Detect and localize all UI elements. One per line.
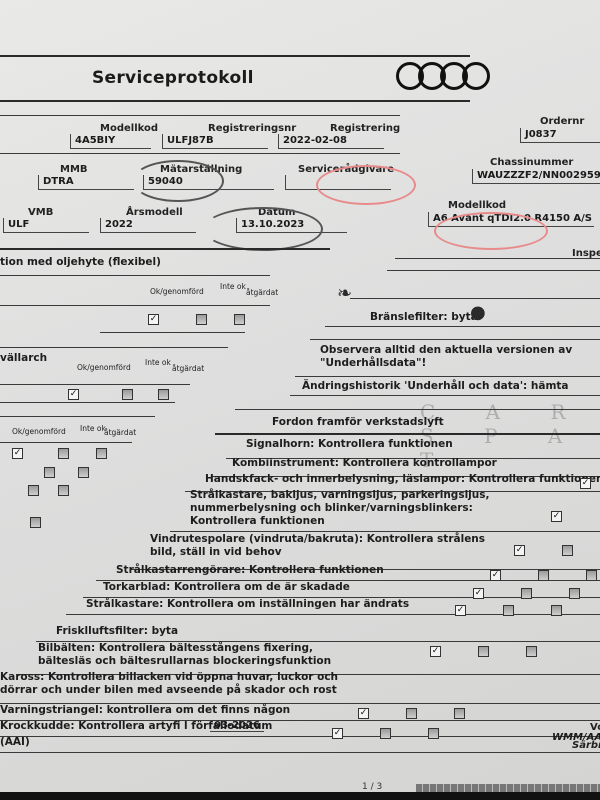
bottom-bar <box>0 792 600 800</box>
checkbox-not-ok[interactable] <box>521 588 532 599</box>
checkbox-action[interactable] <box>428 728 439 739</box>
section-title-2: vällarch <box>0 352 47 364</box>
rule <box>0 736 600 737</box>
col-head-action: åtgärdat <box>172 364 204 373</box>
rule <box>0 402 175 403</box>
checkbox[interactable] <box>58 485 69 496</box>
bottom-edge <box>416 784 600 792</box>
checkbox[interactable] <box>30 517 41 528</box>
ordernr-field[interactable]: J0837 <box>520 128 600 143</box>
checkbox-ok[interactable]: ✓ <box>68 389 79 400</box>
rule <box>387 270 600 271</box>
rule <box>170 531 600 532</box>
rule <box>100 332 245 333</box>
checkbox[interactable] <box>78 467 89 478</box>
arsmodell-label: Årsmodell <box>126 207 183 218</box>
right-item-history: Ändringshistorik 'Underhåll och data': h… <box>302 380 569 392</box>
rule <box>295 376 600 377</box>
rule <box>310 339 600 340</box>
rule <box>0 248 330 250</box>
checkbox-ok[interactable]: ✓ <box>473 588 484 599</box>
checkbox-not-ok[interactable] <box>380 728 391 739</box>
checkbox-not-ok[interactable] <box>562 545 573 556</box>
checklist-item-text: Bilbälten: Kontrollera bältesstångens fi… <box>38 642 338 668</box>
checkbox-ok[interactable]: ✓ <box>490 570 501 581</box>
modellkod-label: Modellkod <box>100 123 158 134</box>
gray-circle-annotation <box>203 207 323 251</box>
col-head-not-ok: Inte ok <box>220 282 246 291</box>
right-item-observe: Observera alltid den aktuella versionen … <box>320 344 600 370</box>
col-head-ok: Ok/genomförd <box>12 427 66 436</box>
checkbox-action[interactable] <box>586 570 597 581</box>
checkbox-ok[interactable]: ✓ <box>148 314 159 325</box>
ordernr-label: Ordernr <box>540 116 584 127</box>
section-title-1: tion med oljehyte (flexibel) <box>0 256 161 268</box>
checklist-item-text: Vindrutespolare (vindruta/bakruta): Kont… <box>150 533 490 559</box>
checkbox-ok[interactable]: ✓ <box>430 646 441 657</box>
checkbox-action[interactable] <box>551 605 562 616</box>
checkbox-not-ok[interactable] <box>58 448 69 459</box>
inspection-label: Inspektion <box>572 248 600 259</box>
registrering-value: 2022-02-08 <box>283 135 347 146</box>
rule <box>0 305 270 306</box>
col-head-ok: Ok/genomförd <box>150 287 204 296</box>
audi-rings-logo <box>396 60 504 92</box>
rule <box>215 433 600 435</box>
registreringsnr-field[interactable]: ULFJ87B <box>162 134 268 149</box>
chassinummer-value: WAUZZZF2/NN002959 <box>477 170 600 181</box>
checkbox-action[interactable] <box>234 314 245 325</box>
checkbox-ok[interactable]: ✓ <box>580 478 591 489</box>
arsmodell-field[interactable]: 2022 <box>100 218 196 233</box>
checkbox-not-ok[interactable] <box>122 389 133 400</box>
right-edge-wmm: WMM/AA <box>552 732 600 743</box>
checkbox-not-ok[interactable] <box>503 605 514 616</box>
checklist-item-text: Varningstriangel: kontrollera om det fin… <box>0 704 290 716</box>
arsmodell-value: 2022 <box>105 219 133 230</box>
mmb-field[interactable]: DTRA <box>38 175 134 190</box>
red-circle-annotation <box>434 212 548 250</box>
checkbox-not-ok[interactable] <box>196 314 207 325</box>
col-head-action: åtgärdat <box>104 428 136 437</box>
rule <box>395 258 600 259</box>
checkbox[interactable] <box>44 467 55 478</box>
checkbox-not-ok[interactable] <box>538 570 549 581</box>
checklist-item-text: Strålkastare, bakljus, varningsljus, par… <box>190 489 510 528</box>
checkbox-ok[interactable]: ✓ <box>455 605 466 616</box>
checkbox-action[interactable] <box>96 448 107 459</box>
checkbox-action[interactable] <box>158 389 169 400</box>
checkbox-ok[interactable]: ✓ <box>332 728 343 739</box>
col-head-not-ok: Inte ok <box>145 358 171 367</box>
checklist-item-text: Frisklluftsfilter: byta <box>56 625 178 637</box>
checklist-item-text: (AAI) <box>0 736 30 748</box>
checklist-item-date: 03-2026 <box>210 720 264 732</box>
redaction-blob-icon: ❧ <box>337 283 352 304</box>
vmb-field[interactable]: ULF <box>3 218 89 233</box>
checkbox-action[interactable] <box>569 588 580 599</box>
rule <box>0 752 600 753</box>
rule <box>235 409 600 410</box>
gray-circle-annotation <box>132 160 224 202</box>
checkbox-action[interactable] <box>526 646 537 657</box>
rule <box>66 614 600 615</box>
checklist-item-text: Strålkastarrengörare: Kontrollera funkti… <box>116 564 384 576</box>
rule <box>0 115 400 116</box>
rule <box>350 298 600 299</box>
col-head-action: åtgärdat <box>246 288 278 297</box>
title-rule <box>0 100 470 102</box>
rule <box>0 442 132 443</box>
redaction-blob-icon: ● <box>470 302 486 323</box>
checklist-item-text: Handskfack- och innerbelysning, läslampo… <box>205 473 600 485</box>
checkbox-not-ok[interactable] <box>478 646 489 657</box>
rule <box>0 275 270 276</box>
col-head-not-ok: Inte ok <box>80 424 106 433</box>
checklist-item-text: Torkarblad: Kontrollera om de är skadade <box>103 581 350 593</box>
modellkod-field[interactable]: 4A5BIY <box>70 134 151 149</box>
registrering-field[interactable]: 2022-02-08 <box>278 134 384 149</box>
checkbox[interactable] <box>28 485 39 496</box>
rule <box>0 416 155 417</box>
page-number: 1 / 3 <box>362 782 382 792</box>
mmb-label: MMB <box>60 164 88 175</box>
document-title: Serviceprotokoll <box>92 68 254 88</box>
vmb-label: VMB <box>28 207 53 218</box>
rule <box>0 153 400 154</box>
checkbox-ok[interactable]: ✓ <box>12 448 23 459</box>
rule <box>290 395 600 396</box>
right-item-vehicle-lift: Fordon framför verkstadslyft <box>272 416 444 428</box>
mmb-value: DTRA <box>43 176 74 187</box>
modellkod-value: 4A5BIY <box>75 135 115 146</box>
vmb-value: ULF <box>8 219 29 230</box>
rule <box>0 347 228 348</box>
right-item-fuel-filter: Bränslefilter: byta <box>370 311 478 323</box>
checklist-item-text: Signalhorn: Kontrollera funktionen <box>246 438 453 450</box>
rule <box>0 384 190 385</box>
checklist-item-text: Strålkastare: Kontrollera om inställning… <box>86 598 409 610</box>
chassinummer-field[interactable]: WAUZZZF2/NN002959 <box>472 169 600 184</box>
checkbox-action[interactable] <box>454 708 465 719</box>
checklist-item-text: Kombiinstrument: Kontrollera kontrollamp… <box>232 457 497 469</box>
col-head-ok: Ok/genomförd <box>77 363 131 372</box>
top-rule <box>0 55 470 57</box>
registreringsnr-value: ULFJ87B <box>167 135 214 146</box>
checklist-item-text: Kaross: Kontrollera billacken vid öppna … <box>0 671 360 697</box>
modellkod-right-label: Modellkod <box>448 200 506 211</box>
checkbox-ok[interactable]: ✓ <box>514 545 525 556</box>
checkbox-ok[interactable]: ✓ <box>358 708 369 719</box>
rule <box>325 326 600 327</box>
chassinummer-label: Chassinummer <box>490 157 573 168</box>
checkbox-ok[interactable]: ✓ <box>551 511 562 522</box>
checkbox-not-ok[interactable] <box>406 708 417 719</box>
ordernr-value: J0837 <box>525 129 557 140</box>
registrering-label: Registrering <box>330 123 400 134</box>
registreringsnr-label: Registreringsnr <box>208 123 296 134</box>
red-circle-annotation <box>316 165 416 205</box>
